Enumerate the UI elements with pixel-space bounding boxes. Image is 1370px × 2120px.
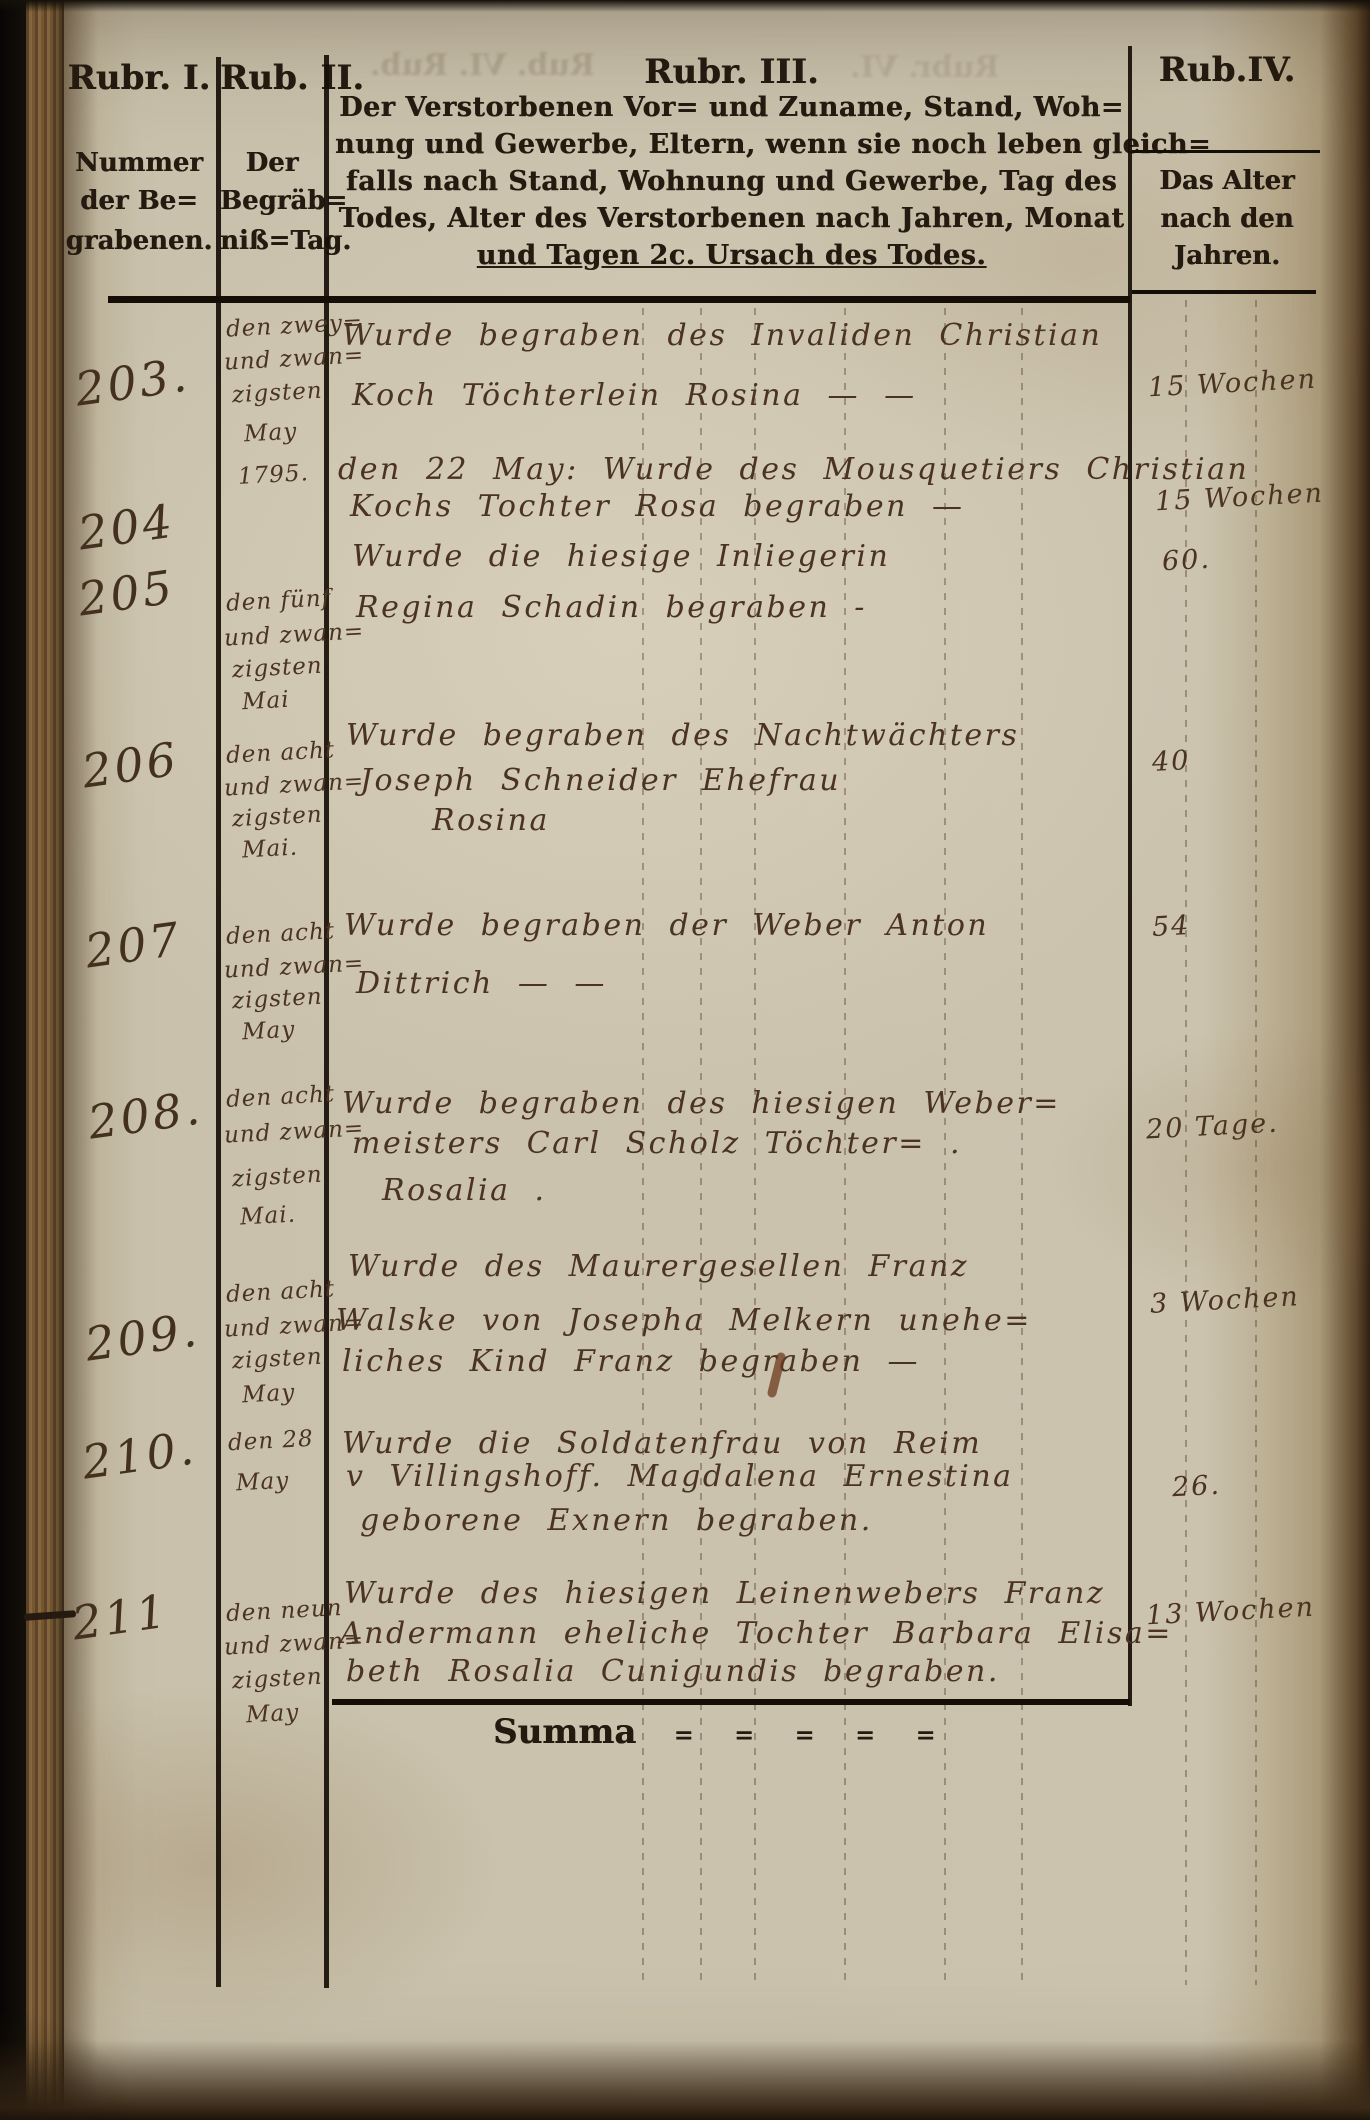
entry-text-line: Rosalia . xyxy=(382,1173,547,1208)
burial-date-line: den acht xyxy=(225,1276,335,1308)
entry-number: 209. xyxy=(82,1302,203,1371)
entry-text-line: Wurde begraben der Weber Anton xyxy=(344,908,989,943)
entry-text-line: Koch Töchterlein Rosina — — xyxy=(352,378,917,413)
burial-date-line: May xyxy=(235,1468,290,1497)
entry-text-line: Wurde des Maurergesellen Franz xyxy=(348,1249,969,1284)
col2-header-line: Begräb= xyxy=(220,186,324,216)
age-value: 15 Wochen xyxy=(1147,364,1317,404)
burial-date-line: May xyxy=(243,419,298,448)
age-value: 40 xyxy=(1151,745,1191,778)
entry-number: 208. xyxy=(85,1080,206,1149)
col3-header-line: nung und Gewerbe, Eltern, wenn sie noch … xyxy=(335,129,1128,160)
col3-header-line: und Tagen 2c. Ursach des Todes. xyxy=(335,240,1128,271)
burial-date-line: und zwan= xyxy=(223,950,364,983)
burial-date-line: Mai. xyxy=(239,1202,296,1231)
summa-rule xyxy=(332,1699,1130,1705)
burial-date-line: May xyxy=(241,1380,296,1409)
age-value: 26. xyxy=(1171,1470,1222,1504)
col1-header-line: der Be= xyxy=(62,186,216,216)
scanned-register-page: Rub. VI. Rub. Rubr. VI. Rubr. I. Rub. II… xyxy=(0,0,1370,2120)
col2-header-line: niß=Tag. xyxy=(220,226,324,256)
burial-date-line: Mai. xyxy=(241,835,298,864)
ruling-dash-line xyxy=(1021,308,1023,1985)
age-value: 60. xyxy=(1161,544,1212,578)
col2-header-line: Der xyxy=(220,148,324,178)
top-page-edge xyxy=(0,0,1370,12)
entry-text-line: Kochs Tochter Rosa begraben — xyxy=(350,489,964,524)
book-gutter xyxy=(0,0,26,2120)
entry-text-line: liches Kind Franz begraben — xyxy=(342,1344,920,1379)
burial-date-line: den fünf xyxy=(225,585,331,616)
column-header-rubric-1: Rubr. I. xyxy=(62,58,216,98)
age-value: 54 xyxy=(1151,910,1191,943)
burial-date-line: den acht xyxy=(225,918,335,950)
age-value: 20 Tage. xyxy=(1145,1108,1279,1146)
entry-text-line: den 22 May: Wurde des Mousquetiers Chris… xyxy=(338,452,1249,487)
ruling-dash-line xyxy=(1255,300,1257,1985)
col1-header-line: Nummer xyxy=(62,148,216,178)
col3-header-line: Todes, Alter des Verstorbenen nach Jahre… xyxy=(335,203,1128,234)
burial-date-line: und zwan= xyxy=(223,768,364,801)
entry-text-line: Regina Schadin begraben - xyxy=(356,590,867,625)
burial-date-line: zigsten xyxy=(231,1162,323,1193)
entry-text-line: geborene Exnern begraben. xyxy=(360,1503,873,1538)
burial-date-line: zigsten xyxy=(231,984,323,1015)
burial-date-line: 1795. xyxy=(237,460,309,490)
entry-text-line: meisters Carl Scholz Töchter= . xyxy=(352,1126,962,1161)
burial-date-line: den acht xyxy=(225,1081,335,1113)
summa-dashes: · = = = = = xyxy=(625,1720,952,1749)
entry-text-line: Rosina xyxy=(432,803,550,838)
gutter-shadow xyxy=(64,0,98,2120)
column-header-rubric-2: Rub. II. xyxy=(220,58,324,98)
entry-text-line: Wurde des hiesigen Leinenwebers Franz xyxy=(344,1576,1105,1611)
header-bottom-rule-col4 xyxy=(1132,290,1316,294)
col3-header-line: Der Verstorbenen Vor= und Zuname, Stand,… xyxy=(335,92,1128,123)
entry-text-line: Andermann eheliche Tochter Barbara Elisa… xyxy=(340,1616,1173,1651)
entry-text-line: Wurde die Soldatenfrau von Reim xyxy=(342,1426,982,1461)
page-stack-edge xyxy=(26,0,64,2120)
entry-text-line: Joseph Schneider Ehefrau xyxy=(360,763,841,798)
column-header-rubric-3: Rubr. III. xyxy=(335,52,1128,92)
burial-date-line: May xyxy=(241,1017,296,1046)
rub4-underline xyxy=(1132,150,1320,153)
burial-date-line: zigsten xyxy=(231,378,323,409)
column-rule-1-2 xyxy=(216,57,221,1987)
entry-text-line: v Villingshoff. Magdalena Ernestina xyxy=(346,1459,1014,1494)
age-value: 13 Wochen xyxy=(1145,1592,1315,1632)
bottom-left-shadow xyxy=(0,1930,220,2120)
column-header-rubric-4: Rub.IV. xyxy=(1134,50,1320,90)
burial-date-line: den 28 xyxy=(227,1426,314,1456)
col4-header-line: Jahren. xyxy=(1134,241,1320,271)
burial-date-line: zigsten xyxy=(231,1344,323,1375)
entry-text-line: Dittrich — — xyxy=(356,966,607,1001)
burial-date-line: Mai xyxy=(241,687,290,715)
entry-text-line: Wurde begraben des Nachtwächters xyxy=(346,718,1019,753)
col4-header-line: Das Alter xyxy=(1134,166,1320,196)
entry-text-line: Wurde begraben des hiesigen Weber= xyxy=(342,1086,1061,1121)
burial-date-line: den acht xyxy=(225,737,335,769)
column-rule-3-4 xyxy=(1128,46,1132,1706)
burial-date-line: zigsten xyxy=(231,653,323,684)
entry-text-line: Walske von Josepha Melkern unehe= xyxy=(336,1303,1032,1338)
entry-text-line: beth Rosalia Cunigundis begraben. xyxy=(346,1654,1000,1689)
burial-date-line: und zwan= xyxy=(223,618,364,651)
age-value: 3 Wochen xyxy=(1149,1281,1300,1320)
entry-text-line: Wurde begraben des Invaliden Christian xyxy=(342,318,1102,353)
burial-date-line: zigsten xyxy=(231,1664,323,1695)
col4-header-line: nach den xyxy=(1134,204,1320,234)
header-bottom-rule xyxy=(108,296,1130,303)
summa-label: Summa xyxy=(493,1712,636,1752)
col1-header-line: grabenen. xyxy=(62,226,216,256)
col3-header-line: falls nach Stand, Wohnung und Gewerbe, T… xyxy=(335,166,1128,197)
burial-date-line: zigsten xyxy=(231,802,323,833)
burial-date-line: May xyxy=(245,1700,300,1729)
entry-text-line: Wurde die hiesige Inliegerin xyxy=(352,539,890,574)
